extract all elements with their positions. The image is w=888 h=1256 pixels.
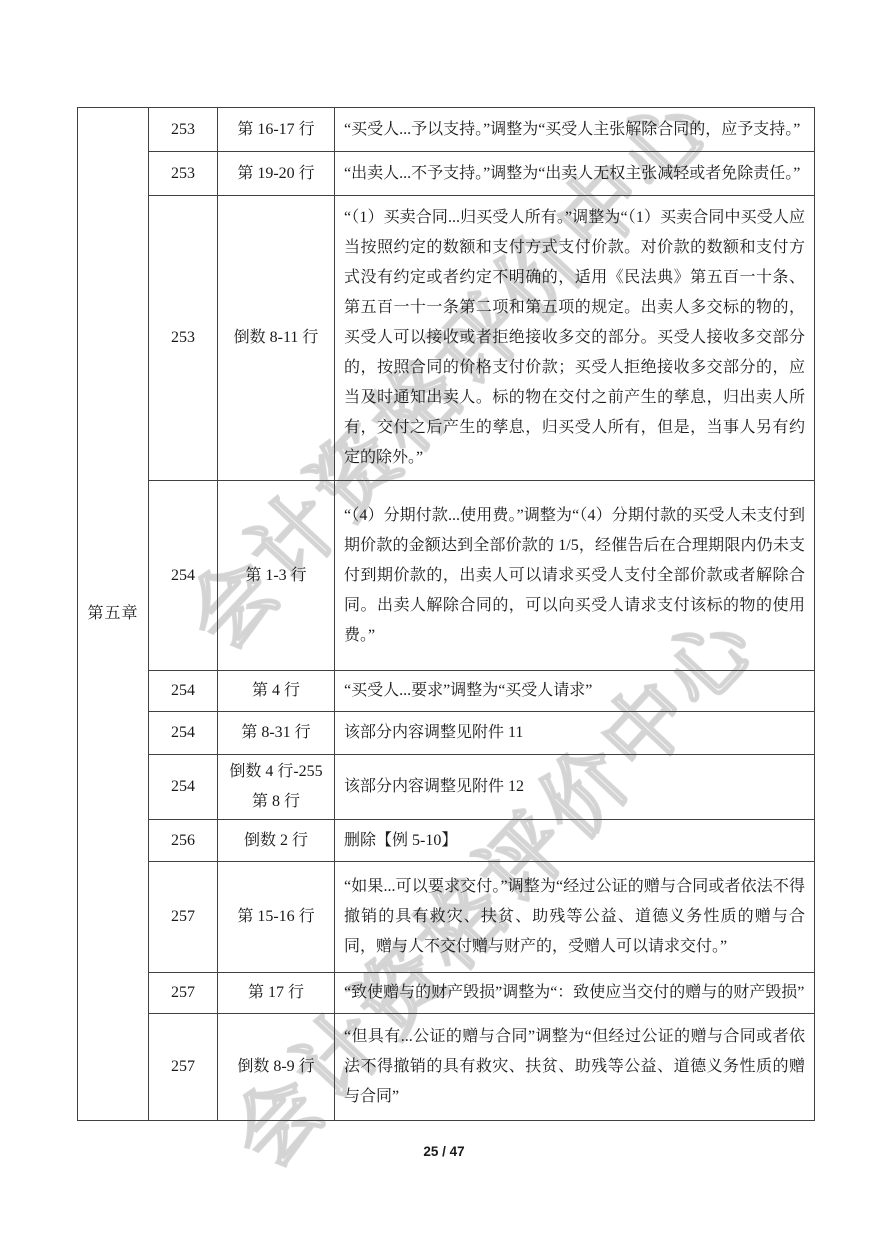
table-row: 253 倒数 8-11 行 “（1）买卖合同...归买受人所有。”调整为“（1）… xyxy=(78,196,815,481)
line-cell: 倒数 4 行-255 第 8 行 xyxy=(218,755,335,820)
content-cell: “买受人...要求”调整为“买受人请求” xyxy=(335,671,815,712)
table-row: 257 倒数 8-9 行 “但具有...公证的赠与合同”调整为“但经过公证的赠与… xyxy=(78,1014,815,1121)
line-cell: 倒数 8-11 行 xyxy=(218,196,335,481)
page-number: 25 / 47 xyxy=(0,1144,888,1159)
page-cell: 256 xyxy=(149,820,218,862)
page-cell: 253 xyxy=(149,108,218,152)
line-cell: 第 15-16 行 xyxy=(218,862,335,973)
page-cell: 257 xyxy=(149,973,218,1014)
content-cell: “（1）买卖合同...归买受人所有。”调整为“（1）买卖合同中买受人应当按照约定… xyxy=(335,196,815,481)
content-cell: “但具有...公证的赠与合同”调整为“但经过公证的赠与合同或者依法不得撤销的具有… xyxy=(335,1014,815,1121)
page-cell: 254 xyxy=(149,755,218,820)
line-cell: 倒数 2 行 xyxy=(218,820,335,862)
table-row: 253 第 19-20 行 “出卖人...不予支持。”调整为“出卖人无权主张减轻… xyxy=(78,152,815,196)
table-row: 257 第 17 行 “致使赠与的财产毁损”调整为“：致使应当交付的赠与的财产毁… xyxy=(78,973,815,1014)
line-cell: 第 8-31 行 xyxy=(218,712,335,755)
table-row: 256 倒数 2 行 删除【例 5-10】 xyxy=(78,820,815,862)
content-cell: “（4）分期付款...使用费。”调整为“（4）分期付款的买受人未支付到期价款的金… xyxy=(335,481,815,671)
page-cell: 253 xyxy=(149,196,218,481)
document-page: 会计资格评价中心 会计资格评价中心 第五章 253 第 16-17 行 “买受人… xyxy=(0,0,888,1256)
content-cell: “致使赠与的财产毁损”调整为“：致使应当交付的赠与的财产毁损” xyxy=(335,973,815,1014)
content-cell: “如果...可以要求交付。”调整为“经过公证的赠与合同或者依法不得撤销的具有救灾… xyxy=(335,862,815,973)
line-cell: 第 4 行 xyxy=(218,671,335,712)
page-cell: 254 xyxy=(149,712,218,755)
table-row: 254 倒数 4 行-255 第 8 行 该部分内容调整见附件 12 xyxy=(78,755,815,820)
page-cell: 257 xyxy=(149,1014,218,1121)
content-cell: 该部分内容调整见附件 12 xyxy=(335,755,815,820)
chapter-cell: 第五章 xyxy=(78,108,149,1121)
table-row: 257 第 15-16 行 “如果...可以要求交付。”调整为“经过公证的赠与合… xyxy=(78,862,815,973)
table-row: 254 第 1-3 行 “（4）分期付款...使用费。”调整为“（4）分期付款的… xyxy=(78,481,815,671)
content-cell: 该部分内容调整见附件 11 xyxy=(335,712,815,755)
page-cell: 254 xyxy=(149,481,218,671)
content-cell: “出卖人...不予支持。”调整为“出卖人无权主张减轻或者免除责任。” xyxy=(335,152,815,196)
page-cell: 257 xyxy=(149,862,218,973)
page-cell: 254 xyxy=(149,671,218,712)
line-cell: 倒数 8-9 行 xyxy=(218,1014,335,1121)
page-cell: 253 xyxy=(149,152,218,196)
line-cell: 第 1-3 行 xyxy=(218,481,335,671)
content-cell: “买受人...予以支持。”调整为“买受人主张解除合同的，应予支持。” xyxy=(335,108,815,152)
table-row: 第五章 253 第 16-17 行 “买受人...予以支持。”调整为“买受人主张… xyxy=(78,108,815,152)
line-cell: 第 17 行 xyxy=(218,973,335,1014)
table-row: 254 第 4 行 “买受人...要求”调整为“买受人请求” xyxy=(78,671,815,712)
adjustment-table: 第五章 253 第 16-17 行 “买受人...予以支持。”调整为“买受人主张… xyxy=(77,107,815,1121)
line-cell: 第 19-20 行 xyxy=(218,152,335,196)
table-row: 254 第 8-31 行 该部分内容调整见附件 11 xyxy=(78,712,815,755)
line-cell: 第 16-17 行 xyxy=(218,108,335,152)
content-cell: 删除【例 5-10】 xyxy=(335,820,815,862)
